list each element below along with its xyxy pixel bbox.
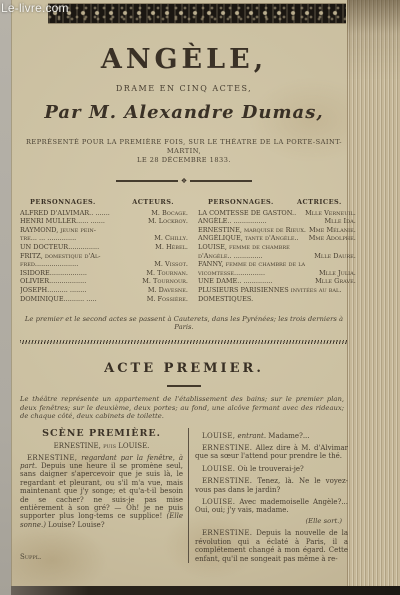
cast-row: LOUISE, femme de chambre [198,243,356,252]
cast-row: FANNY, femme de chambre de la [198,260,356,269]
cast-row: ANGÈLE.. ................Mlle Ida. [198,217,356,226]
cast-row: ALFRED D'ALVIMAR.. .......M. Bocage. [20,209,188,218]
cast-row: PLUSIEURS PARISIENNES invitées au bal. [198,286,356,295]
cast-row: UN DOCTEUR...............M. Hébel. [20,243,188,252]
cast-row: vicomtesse...............Mlle Julia. [198,269,356,278]
cast-header-personnages-right: PERSONNAGES. [208,198,274,207]
dialogue-columns: SCÈNE PREMIÈRE. ERNESTINE, puis LOUISE. … [20,428,348,563]
play-title: ANGÈLE, [20,44,348,75]
stage-direction-exit: (Elle sort.) [195,517,348,525]
cast-row: ERNESTINE, marquise de Rieux.Mme Mélanie… [198,226,356,235]
cast-column-women: PERSONNAGES. ACTRICES. LA COMTESSE DE GA… [198,198,356,303]
dialogue-column-left: SCÈNE PREMIÈRE. ERNESTINE, puis LOUISE. … [20,428,188,563]
cast-row: UNE DAME.. ..............Mlle Grave. [198,277,356,286]
cast-row: tre... ... ..............M. Chilly. [20,234,188,243]
cast-header-personnages-left: PERSONNAGES. [30,198,96,207]
dialogue-paragraph: LOUISE. Où le trouverai-je? [195,465,348,473]
cast-header-actrices: ACTRICES. [297,198,342,207]
premiere-note: REPRÉSENTÉ POUR LA PREMIÈRE FOIS, SUR LE… [20,138,348,165]
cast-column-men: PERSONNAGES. ACTEURS. ALFRED D'ALVIMAR..… [20,198,188,303]
book-bottom-shadow [11,586,400,595]
cast-row: fred.....................M. Vissot. [20,260,188,269]
cast-row: OLIVIER..................M. Tournour. [20,277,188,286]
cast-row: LA COMTESSE DE GASTON..Mlle Verneuil. [198,209,356,218]
cast-row: RAYMOND, jeune pein- [20,226,188,235]
seller-watermark: Le-livre.com [1,1,69,15]
act-title: ACTE PREMIER. [20,361,348,376]
cast-header-women: PERSONNAGES. ACTRICES. [198,198,356,207]
photographed-book-page: { "colors": { "paper": "#cabfa0", "ink":… [0,0,400,595]
cast-row: FRITZ, domestique d'Al- [20,252,188,261]
dialogue-column-right: LOUISE, entrant. Madame?... ERNESTINE. A… [188,428,348,563]
divider-ornament-icon: ❖ [181,178,187,184]
act-title-rule [167,385,201,387]
cast-row: ISIDORE..................M. Tournan. [20,269,188,278]
dialogue-paragraph: ERNESTINE. Depuis la nouvelle de la révo… [195,529,348,563]
cast-row: DOMINIQUE.......... .....M. Fossière. [20,295,188,304]
cast-row: ANGÉLIQUE, tante d'Angèle..Mme Adolphe. [198,234,356,243]
dialogue-paragraph: ERNESTINE. Tenez, là. Ne le voyez-vous p… [195,477,348,494]
dialogue-paragraph: ERNESTINE. Allez dire à M. d'Alvimar que… [195,444,348,461]
stage-direction: Le théâtre représente un appartement de … [20,395,344,421]
premiere-line-1: REPRÉSENTÉ POUR LA PREMIÈRE FOIS, SUR LE… [20,138,348,156]
section-divider: ❖ [20,178,348,184]
premiere-line-2: LE 28 DÉCEMBRE 1833. [20,156,348,165]
divider-rule-right [190,180,252,182]
woodcut-ornament-band [48,4,346,23]
hatched-divider-band [20,340,348,344]
scene-characters: ERNESTINE, puis LOUISE. [20,442,183,450]
cast-header-men: PERSONNAGES. ACTEURS. [20,198,188,207]
dialogue-paragraph: LOUISE. Avec mademoiselle Angèle?... Oui… [195,498,348,515]
author-byline: Par M. Alexandre Dumas, [20,102,348,123]
page-content: ANGÈLE, DRAME EN CINQ ACTES, Par M. Alex… [20,0,348,563]
dialogue-paragraph: ERNESTINE, regardant par la fenêtre, à p… [20,454,183,530]
setting-note: Le premier et le second actes se passent… [20,315,348,331]
cast-row: JOSEPH.......... ........M. Davesne. [20,286,188,295]
play-subtitle: DRAME EN CINQ ACTES, [20,84,348,93]
cast-header-acteurs: ACTEURS. [132,198,174,207]
printer-signature: Suppl. [20,553,183,561]
book-page: ANGÈLE, DRAME EN CINQ ACTES, Par M. Alex… [11,0,400,586]
cast-row: HENRI MULLER...... .......M. Lockroy. [20,217,188,226]
divider-rule-left [116,180,178,182]
dialogue-paragraph: LOUISE, entrant. Madame?... [195,432,348,440]
cast-row: DOMESTIQUES. [198,295,356,304]
cast-row: d'Angèle.. ..............Mlle Daure. [198,252,356,261]
cast-list: PERSONNAGES. ACTEURS. ALFRED D'ALVIMAR..… [20,198,348,303]
scene-title: SCÈNE PREMIÈRE. [20,428,183,439]
